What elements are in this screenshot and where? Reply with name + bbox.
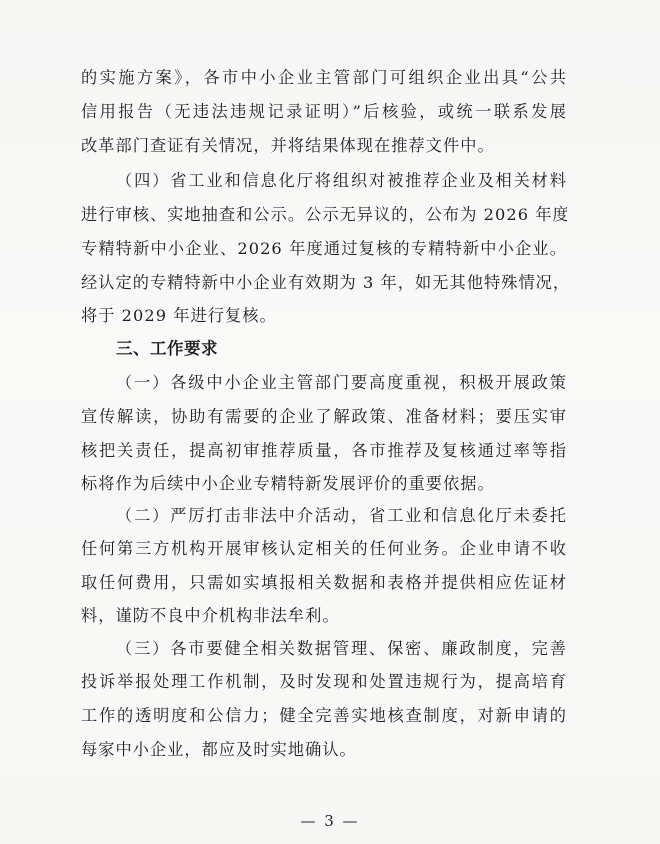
text-line: 工作的透明度和公信力；健全完善实地核查制度，对新申请的: [81, 699, 567, 733]
text-line: 任何第三方机构开展审核认定相关的任何业务。企业申请不收: [81, 532, 567, 566]
text-line: 改革部门查证有关情况，并将结果体现在推荐文件中。: [81, 129, 567, 163]
text-line: 将于 2029 年进行复核。: [81, 299, 567, 333]
text-line: 进行审核、实地抽查和公示。公示无异议的，公布为 2026 年度: [81, 198, 567, 232]
text-line: 宣传解读，协助有需要的企业了解政策、准备材料；要压实审: [81, 400, 567, 434]
item-one-first-line: （一）各级中小企业主管部门要高度重视，积极开展政策: [116, 366, 567, 400]
text-line: 投诉举报处理工作机制，及时发现和处置违规行为，提高培育: [81, 665, 567, 699]
text-line: 的实施方案》，各市中小企业主管部门可组织企业出具“公共: [81, 61, 567, 95]
item-three-first-line: （三）各市要健全相关数据管理、保密、廉政制度，完善: [116, 632, 567, 666]
text-line: 经认定的专精特新中小企业有效期为 3 年，如无其他特殊情况，: [81, 266, 567, 300]
text-line: 料，谨防不良中介机构非法牟利。: [81, 599, 567, 633]
text-line: 每家中小企业，都应及时实地确认。: [81, 733, 567, 767]
page-number: — 3 —: [0, 812, 660, 830]
text-line: 专精特新中小企业、2026 年度通过复核的专精特新中小企业。: [81, 232, 567, 266]
item-two-first-line: （二）严厉打击非法中介活动，省工业和信息化厅未委托: [116, 499, 567, 533]
text-line: 取任何费用，只需如实填报相关数据和表格并提供相应佐证材: [81, 566, 567, 600]
paragraph-four-first-line: （四）省工业和信息化厅将组织对被推荐企业及相关材料: [116, 164, 567, 198]
text-line: 标将作为后续中小企业专精特新发展评价的重要依据。: [81, 467, 567, 501]
text-line: 信用报告（无违法违规记录证明）”后核验，或统一联系发展: [81, 95, 567, 129]
document-page: 的实施方案》，各市中小企业主管部门可组织企业出具“公共 信用报告（无违法违规记录…: [0, 0, 660, 844]
section-heading: 三、工作要求: [116, 332, 218, 366]
text-line: 核把关责任，提高初审推荐质量，各市推荐及复核通过率等指: [81, 434, 567, 468]
